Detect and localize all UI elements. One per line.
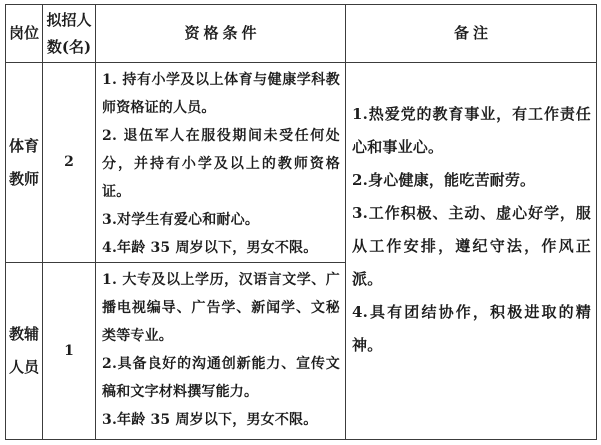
remarks-cell: 1.热爱党的教育事业，有工作责任心和事业心。2.身心健康，能吃苦耐劳。3.工作积… (346, 63, 596, 439)
header-qualifications: 资格条件 (96, 5, 346, 63)
text-line: 4.具有团结协作，积极进取的精神。 (352, 296, 591, 362)
header-position: 岗位 (6, 5, 43, 63)
text-line: 3.工作积极、主动、虚心好学，服从工作安排，遵纪守法，作风正派。 (352, 197, 591, 296)
text-line: 2. 退伍军人在服役期间未受任何处分，并持有小学及以上的教师资格证。 (102, 122, 340, 206)
recruitment-table: 岗位 拟招人数(名) 资格条件 备注 体育教师 2 1. 持有小学及以上体育与健… (5, 4, 597, 440)
text-line: 1. 大专及以上学历，汉语言文学、广播电视编导、广告学、新闻学、文秘类等专业。 (102, 266, 340, 350)
text-line: 1.热爱党的教育事业，有工作责任心和事业心。 (352, 98, 591, 164)
text-line: 1. 持有小学及以上体育与健康学科教师资格证的人员。 (102, 66, 340, 122)
position-pe-teacher: 体育教师 (6, 63, 43, 263)
text-line: 4.年龄 35 周岁以下，男女不限。 (102, 234, 340, 262)
count-teaching-assistant: 1 (43, 263, 96, 439)
text-line: 2.具备良好的沟通创新能力、宣传文稿和文字材料撰写能力。 (102, 350, 340, 406)
header-remarks: 备注 (346, 5, 596, 63)
recruitment-notice-page: 岗位 拟招人数(名) 资格条件 备注 体育教师 2 1. 持有小学及以上体育与健… (0, 0, 601, 445)
qualifications-teaching-assistant: 1. 大专及以上学历，汉语言文学、广播电视编导、广告学、新闻学、文秘类等专业。2… (96, 263, 346, 439)
text-line: 3.年龄 35 周岁以下，男女不限。 (102, 406, 340, 434)
header-count: 拟招人数(名) (43, 5, 96, 63)
qualifications-pe-teacher: 1. 持有小学及以上体育与健康学科教师资格证的人员。2. 退伍军人在服役期间未受… (96, 63, 346, 263)
text-line: 2.身心健康，能吃苦耐劳。 (352, 164, 591, 197)
position-teaching-assistant: 教辅人员 (6, 263, 43, 439)
text-line: 3.对学生有爱心和耐心。 (102, 206, 340, 234)
count-pe-teacher: 2 (43, 63, 96, 263)
